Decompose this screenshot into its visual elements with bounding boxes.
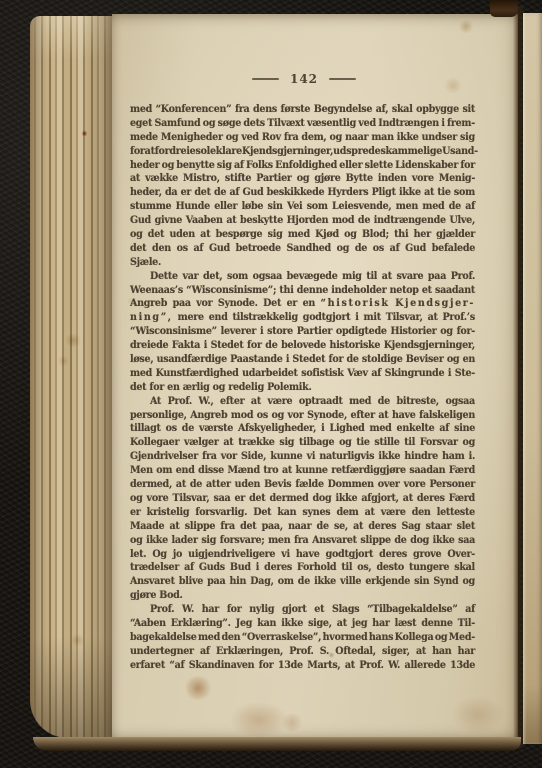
word: Kjød [315, 228, 339, 240]
word: Bytte [346, 172, 373, 184]
word: os [177, 242, 188, 254]
word: Prof. [451, 270, 475, 282]
word: inden [378, 172, 407, 184]
word: Partier [256, 172, 291, 184]
word: af [390, 242, 400, 254]
word: Ansvaret [130, 575, 175, 587]
word: Guds [199, 561, 225, 573]
word: at [176, 478, 186, 490]
word: hin [229, 575, 246, 587]
header-rule-right [329, 78, 356, 80]
word: det [240, 520, 256, 532]
word: let. [130, 548, 146, 560]
word: at [170, 520, 180, 532]
word: deres [368, 520, 396, 532]
word: “Wisconsinisme”; [186, 284, 276, 296]
word: tungere [409, 561, 449, 573]
word: de [317, 520, 329, 532]
word: grove [413, 548, 441, 560]
page-header: 142 [130, 72, 478, 86]
word: mit [364, 311, 381, 323]
word: af [184, 561, 194, 573]
word: i [441, 117, 444, 129]
word: mod [332, 214, 354, 226]
word: i. [469, 450, 475, 462]
word: af [234, 159, 244, 171]
word: i [286, 353, 289, 365]
word: Bevis [264, 478, 291, 490]
word: Gjendrivelser [130, 450, 198, 462]
word: Usand- [442, 145, 478, 157]
word: heder, [130, 186, 162, 198]
text-line: erkristeligforsvarlig.Detkansynesdematvæ… [130, 506, 475, 520]
word: søge [218, 117, 241, 129]
word: bespørge [216, 228, 263, 240]
word: kan [257, 617, 276, 629]
word: de [358, 214, 370, 226]
word: erkjende [365, 575, 410, 587]
word: Kunstfærdighed [156, 367, 239, 379]
text-line: AnsvaretblivepaahinDag,omdeikkevilleerkj… [130, 575, 475, 589]
text-line: ning”,mereendtilstrækkeliggodtgjortimitT… [130, 311, 475, 325]
text-line: atvækkeMistro,stiftePartieroggjøreByttei… [130, 172, 475, 186]
word: Synode, [307, 409, 347, 421]
word: Gud [242, 186, 263, 198]
word: ikke [378, 450, 400, 462]
word: Beviser [406, 353, 444, 365]
word: et [314, 603, 324, 615]
word: store [267, 325, 293, 337]
word: hans [369, 631, 393, 643]
word: sin [268, 200, 283, 212]
word: dens [253, 103, 277, 115]
word: Prof. [150, 603, 174, 615]
word: godtgjort [326, 548, 374, 560]
word: Samfund [155, 117, 201, 129]
word: for [329, 353, 344, 365]
word: uden [169, 228, 195, 240]
word: mig [342, 270, 362, 282]
word: At [150, 395, 161, 407]
word: gjælder [436, 228, 475, 240]
word: sig [217, 159, 232, 171]
paragraph: Prof.W.harfornyliggjortetSlags“Tilbageka… [130, 603, 475, 672]
word: paa [173, 297, 191, 309]
word: Blod; [362, 228, 389, 240]
word: vor [196, 297, 212, 309]
word: slippe [360, 534, 390, 546]
text-line: trædelserafGudsBudideresForholdtilos,des… [130, 561, 475, 575]
text-line: Dettevardet,somogsaabevægedemigtilatsvar… [130, 270, 475, 284]
word: fra [220, 520, 234, 532]
word: W. [388, 659, 400, 671]
word: bitreste, [396, 395, 438, 407]
word: de [394, 534, 406, 546]
word: godtgjort [303, 311, 351, 323]
word: benytte [176, 159, 214, 171]
word: Synode. [218, 297, 258, 309]
word: Færd [449, 492, 475, 504]
word: Dag, [250, 575, 273, 587]
word: Gud [130, 214, 151, 226]
text-line: let.Ogjouigjendriveligerevihavegodtgjort… [130, 548, 475, 562]
word: tilstrækkelig [233, 311, 298, 323]
word: kan [277, 506, 296, 518]
word: men [396, 200, 418, 212]
word: Leiesvende, [332, 200, 391, 212]
word: løse, [130, 353, 153, 365]
word: jo [173, 548, 182, 560]
word: være [381, 506, 406, 518]
word: Sjæle. [130, 256, 161, 268]
word: Slags [332, 603, 359, 615]
word: personlige, [130, 409, 187, 421]
word: og [130, 534, 142, 546]
word: Forhold [297, 561, 336, 573]
word: efter [351, 409, 375, 421]
word: i [204, 339, 207, 351]
word: Historier [390, 325, 436, 337]
text-line: “Wisconsinisme”levereristorePartieropdig… [130, 325, 475, 339]
word: af, [376, 103, 389, 115]
word: Marts, [307, 659, 340, 671]
text-line: medeMenighederogvedRovfradem,ognaarmanik… [130, 131, 475, 145]
page-number: 142 [290, 72, 318, 86]
word: at [345, 659, 355, 671]
word: de [346, 353, 358, 365]
text-line: AtProf.W.,efteratværeoptraadtmeddebitres… [130, 395, 475, 409]
word: ogsaa [446, 395, 475, 407]
word: mere [178, 311, 204, 323]
word: og [337, 242, 349, 254]
word: det [130, 381, 146, 393]
word: at [424, 186, 434, 198]
text-line: med“Konferencen”fradensførsteBegyndelsea… [130, 103, 475, 117]
word: fælde [295, 478, 323, 490]
word: de [190, 478, 202, 490]
word: ikke [399, 186, 421, 198]
word: paa [428, 270, 446, 282]
word: Kollega [395, 631, 434, 643]
word: at [226, 214, 236, 226]
word: i [256, 561, 259, 573]
word: beskikkede [267, 186, 325, 198]
word: en [463, 353, 475, 365]
word: heder [130, 159, 159, 171]
word: falskeligen [419, 409, 475, 421]
word: og [297, 172, 309, 184]
word: er [130, 506, 141, 518]
word: se, [334, 520, 348, 532]
word: gjøre [314, 172, 340, 184]
word: er [234, 492, 245, 504]
word: han [432, 645, 451, 657]
text-line: dreiedeFaktaiStedetfordebelovedehistoris… [130, 339, 475, 353]
word: Til- [458, 617, 475, 629]
word: belovede [281, 339, 326, 351]
word: W. [182, 603, 194, 615]
word: skal [392, 103, 413, 115]
word: “Tilbagekaldelse” [367, 603, 457, 615]
word: Sag [401, 520, 420, 532]
word: og [162, 159, 174, 171]
word: og [435, 631, 447, 643]
text-line: Sjæle. [130, 256, 475, 270]
word: væsentlig [307, 117, 356, 129]
word: en [303, 297, 315, 309]
word: for [247, 339, 262, 351]
word: den [221, 631, 240, 643]
word: usandfærdige [157, 353, 227, 365]
word: de [355, 242, 367, 254]
word: “af [169, 659, 184, 671]
adjacent-page-edge [523, 13, 542, 744]
word: Kjendsgjerninger, [384, 339, 475, 351]
word: fra [202, 450, 216, 462]
word: løbe [242, 200, 264, 212]
word: har [202, 603, 219, 615]
word: mede [130, 131, 158, 143]
word: stoldige [362, 353, 403, 365]
word: af [371, 367, 381, 379]
word: har [372, 617, 389, 629]
word: vække [145, 172, 178, 184]
word: W., [198, 395, 213, 407]
word: vi [307, 450, 316, 462]
word: over [378, 478, 400, 490]
word: synes [302, 506, 330, 518]
word: det, [203, 270, 222, 282]
word: tilbage [299, 436, 334, 448]
text-line: detdenosafGudbetroedeSandhedogdeosafGudb… [130, 242, 475, 256]
word: at [382, 270, 392, 282]
word: ved [358, 117, 375, 129]
book-photo: 142 med“Konferencen”fradensførsteBegynde… [0, 0, 542, 768]
word: det [130, 242, 146, 254]
word: Folks [246, 159, 273, 171]
word: sig [460, 131, 475, 143]
word: saa [214, 492, 231, 504]
word: Tilvæxt [267, 117, 304, 129]
word: at [353, 520, 363, 532]
word: og [130, 492, 142, 504]
word: “Konferencen” [156, 103, 232, 115]
word: Prof.’s [443, 311, 475, 323]
word: Tilsvar, [386, 311, 423, 323]
word: os [373, 242, 384, 254]
text-line: MenomenddisseMændtroatkunneretfærdiggjør… [130, 464, 475, 478]
word: “historisk [321, 297, 390, 309]
text-line: undertegnerafErklæringen,Prof.S.Oftedal,… [130, 645, 475, 659]
word: første [281, 103, 311, 115]
word: efter [220, 395, 244, 407]
word: Partier [297, 325, 332, 337]
paragraph: AtProf.W.,efteratværeoptraadtmeddebitres… [130, 395, 475, 603]
word: retfærdiggjøre [331, 464, 406, 476]
word: om [156, 464, 172, 476]
word: fra [294, 534, 308, 546]
word: bevægede [287, 270, 338, 282]
word: Dommen [328, 478, 374, 490]
text-line: GjendrivelserfravorSide,kunnevinaturligv… [130, 450, 475, 464]
word: som [227, 270, 248, 282]
word: vor [287, 409, 303, 421]
word: afgjort, [361, 492, 398, 504]
word: har [458, 645, 475, 657]
word: Ulve, [449, 214, 475, 226]
word: enkelte [397, 422, 435, 434]
word: Pligt [372, 186, 396, 198]
word: at [403, 492, 413, 504]
word: værste [199, 422, 233, 434]
text-line: GudgivneVaabenatbeskytteHjordenmoddeindt… [130, 214, 475, 228]
word: sig [201, 534, 216, 546]
word: frem- [447, 117, 475, 129]
word: svare [396, 270, 423, 282]
word: disse [198, 464, 224, 476]
word: et [422, 284, 432, 296]
word: og [226, 131, 238, 143]
text-line: stummeHundeellerløbesinVeisomLeiesvende,… [130, 200, 475, 214]
word: stifte [225, 172, 251, 184]
word: og [130, 228, 142, 240]
word: man [371, 131, 393, 143]
word: trække [238, 436, 274, 448]
word: og [271, 409, 283, 421]
word: de [265, 339, 277, 351]
word: udarbeidet [242, 367, 298, 379]
word: letteste [437, 506, 475, 518]
word: gjort [282, 603, 307, 615]
word: Bod. [159, 589, 182, 601]
word: til [341, 561, 352, 573]
word: ogsaa [253, 270, 282, 282]
word: Prof. [289, 645, 313, 657]
word: Erklæringen, [216, 645, 283, 657]
word: at [223, 436, 233, 448]
word: dem [336, 506, 358, 518]
word: Færd [449, 464, 475, 476]
word: “Wisconsinisme” [130, 325, 217, 337]
word: det [194, 186, 210, 198]
text-line: foratfordreiesoleklareKjendsgjerninger,u… [130, 145, 475, 159]
word: for [149, 381, 164, 393]
word: opdigtede [336, 325, 387, 337]
text-line: bagekaldelsemedden“Overraskelse”,hvormed… [130, 631, 475, 645]
text-line: ogdetudenatbespørgesigmedKjødogBlod;thih… [130, 228, 475, 242]
word: betroede [236, 242, 281, 254]
word: deres [379, 548, 407, 560]
word: Ste- [455, 367, 475, 379]
word: forsvarlig. [195, 506, 247, 518]
text-line: medKunstfærdighedudarbeidetsofistiskVæva… [130, 367, 475, 381]
word: Over- [447, 548, 475, 560]
header-rule-left [252, 78, 279, 80]
word: end [176, 464, 195, 476]
word: desto [376, 561, 404, 573]
word: deres [264, 561, 292, 573]
word: tro [263, 464, 278, 476]
word: vore [147, 492, 169, 504]
word: som [454, 186, 475, 198]
word: Mænd [227, 464, 259, 476]
word: befalede [432, 242, 475, 254]
word: Vaaben [186, 214, 223, 226]
word: givne [155, 214, 182, 226]
word: Prof. [168, 395, 192, 407]
word: med [422, 200, 444, 212]
word: Dette [150, 270, 178, 282]
word: fra [284, 131, 298, 143]
word: vore [412, 172, 434, 184]
word: hindre [404, 450, 438, 462]
word: paa, [262, 520, 283, 532]
word: sig [279, 436, 294, 448]
word: S. [320, 645, 329, 657]
word: saadant [435, 284, 475, 296]
word: i [355, 311, 358, 323]
word: Ansvaret [312, 534, 357, 546]
word: udsprede [333, 145, 380, 157]
word: saadan [409, 464, 445, 476]
word: naar [288, 520, 311, 532]
word: historiske [330, 339, 381, 351]
word: Paastande [230, 353, 282, 365]
word: gjøre [130, 589, 156, 601]
word: at [365, 506, 375, 518]
word: Personer [429, 478, 475, 490]
word: mod [231, 409, 253, 421]
word: af [465, 603, 475, 615]
word: Forsvar [420, 436, 458, 448]
word: eget [130, 117, 152, 129]
text-line: Prof.W.harfornyliggjortetSlags“Tilbageka… [130, 603, 475, 617]
word: staar [426, 520, 452, 532]
word: en [167, 381, 179, 393]
word: forsvare; [220, 534, 265, 546]
word: at [378, 409, 388, 421]
word: i [321, 422, 324, 434]
word: erfaret [130, 659, 165, 671]
word: kunne [270, 450, 302, 462]
word: det [148, 228, 164, 240]
word: kunne [296, 464, 328, 476]
word: og [339, 436, 351, 448]
text-line: personlige,AngrebmodosogvorSynode,eftera… [130, 409, 475, 423]
word: sofistisk [301, 367, 343, 379]
word: thi [279, 284, 293, 296]
word: os [257, 409, 268, 421]
word: og [344, 228, 356, 240]
word: denne [297, 284, 328, 296]
word: vore [404, 478, 426, 490]
word: her [414, 228, 431, 240]
word: Prof. [359, 659, 383, 671]
word: med [130, 103, 152, 115]
word: da [165, 186, 177, 198]
word: til [404, 436, 415, 448]
word: vi [281, 548, 290, 560]
text-line: egetSamfundogsøgedetsTilvæxtvæsentligved… [130, 117, 475, 131]
word: leverer [221, 325, 257, 337]
word: Synd [433, 575, 458, 587]
word: ærlig [183, 381, 210, 393]
text-line: AngrebpaavorSynode.Deteren“historiskKjen… [130, 297, 475, 311]
word: Men [130, 464, 153, 476]
word: og [447, 353, 459, 365]
word: Enfoldighed [275, 159, 337, 171]
word: dog [313, 492, 332, 504]
